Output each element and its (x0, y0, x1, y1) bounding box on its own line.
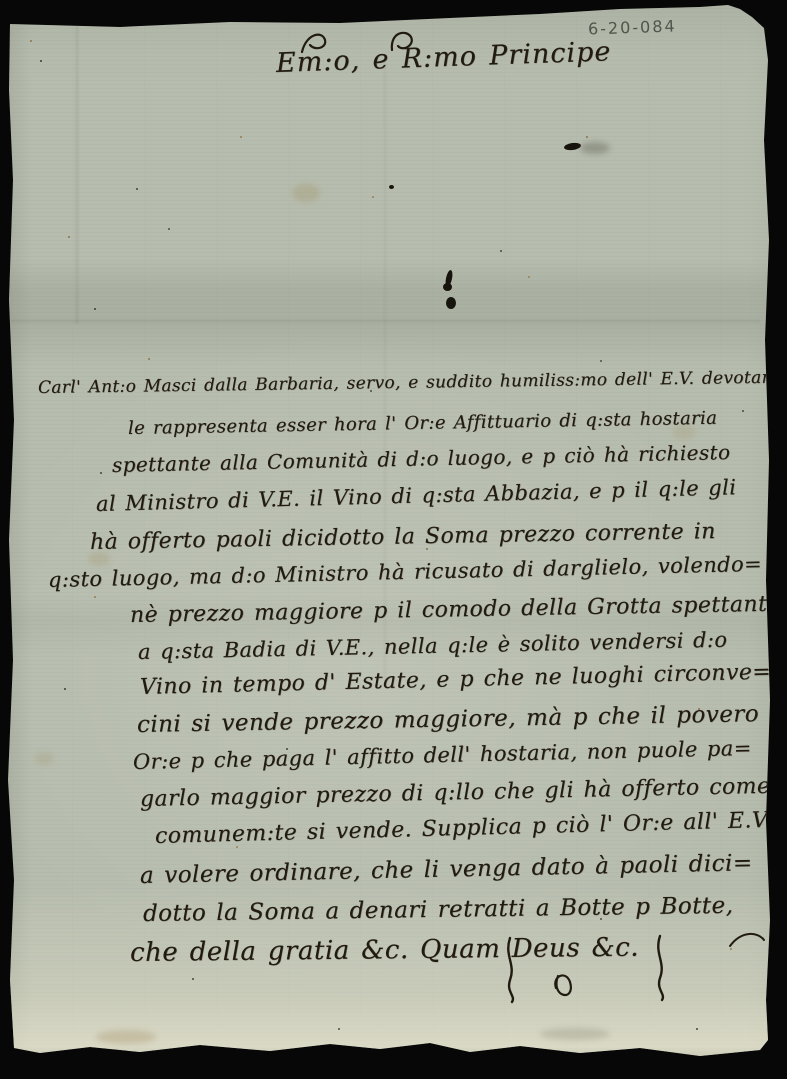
vertical-crease (384, 60, 386, 680)
foxing-stain (96, 1030, 156, 1044)
ink-smudge (564, 142, 582, 151)
ink-dot (389, 185, 394, 189)
manuscript-line: hà offerto paoli dicidotto la Soma prezz… (90, 521, 716, 554)
manuscript-line: garlo maggior prezzo di q:llo che gli hà… (140, 776, 771, 811)
paper-specks (30, 40, 32, 42)
manuscript-line: Carl' Ant:o Masci dalla Barbaria, servo,… (38, 369, 787, 397)
manuscript-line: dotto la Soma a denari retratti a Botte … (143, 895, 734, 926)
horizontal-fold-crease (10, 320, 760, 322)
foxing-stain (34, 752, 54, 765)
manuscript-line: comunem:te si vende. Supplica p ciò l' O… (155, 810, 772, 848)
ink-smudge-tail (580, 142, 610, 154)
manuscript-line: a volere ordinare, che li venga dato à p… (140, 852, 753, 888)
foxing-stain (292, 184, 320, 202)
manuscript-line: al Ministro di V.E. il Vino di q:sta Abb… (96, 477, 737, 515)
manuscript-line: Vino in tempo d' Estate, e p che ne luog… (140, 662, 772, 699)
manuscript-line: q:sto luogo, ma d:o Ministro hà ricusato… (48, 554, 763, 591)
manuscript-line: spettante alla Comunità di d:o luogo, e … (112, 442, 731, 475)
manuscript-line: a q:sta Badia di V.E., nella q:le è soli… (138, 630, 728, 663)
scan-background: 6-20-084 Em:o, e R:mo Principe Carl' Ant… (0, 0, 787, 1079)
manuscript-line: le rappresenta esser hora l' Or:e Affitt… (128, 410, 718, 438)
manuscript-line: Or:e p che paga l' affitto dell' hostari… (133, 738, 752, 773)
manuscript-line: cini si vende prezzo maggiore, mà p che … (137, 703, 759, 737)
ink-blot (443, 283, 452, 291)
manuscript-page: 6-20-084 Em:o, e R:mo Principe Carl' Ant… (0, 0, 787, 1079)
paper-specks (40, 60, 42, 62)
ink-blot (446, 297, 456, 309)
closing-flourish (500, 936, 700, 1006)
stray-pen-tail (728, 928, 768, 950)
vertical-crease (76, 24, 78, 324)
edge-smudge (540, 1028, 610, 1040)
manuscript-line: nè prezzo maggiore p il comodo della Gro… (130, 594, 781, 627)
shelfmark-pencil-note: 6-20-084 (588, 16, 677, 38)
